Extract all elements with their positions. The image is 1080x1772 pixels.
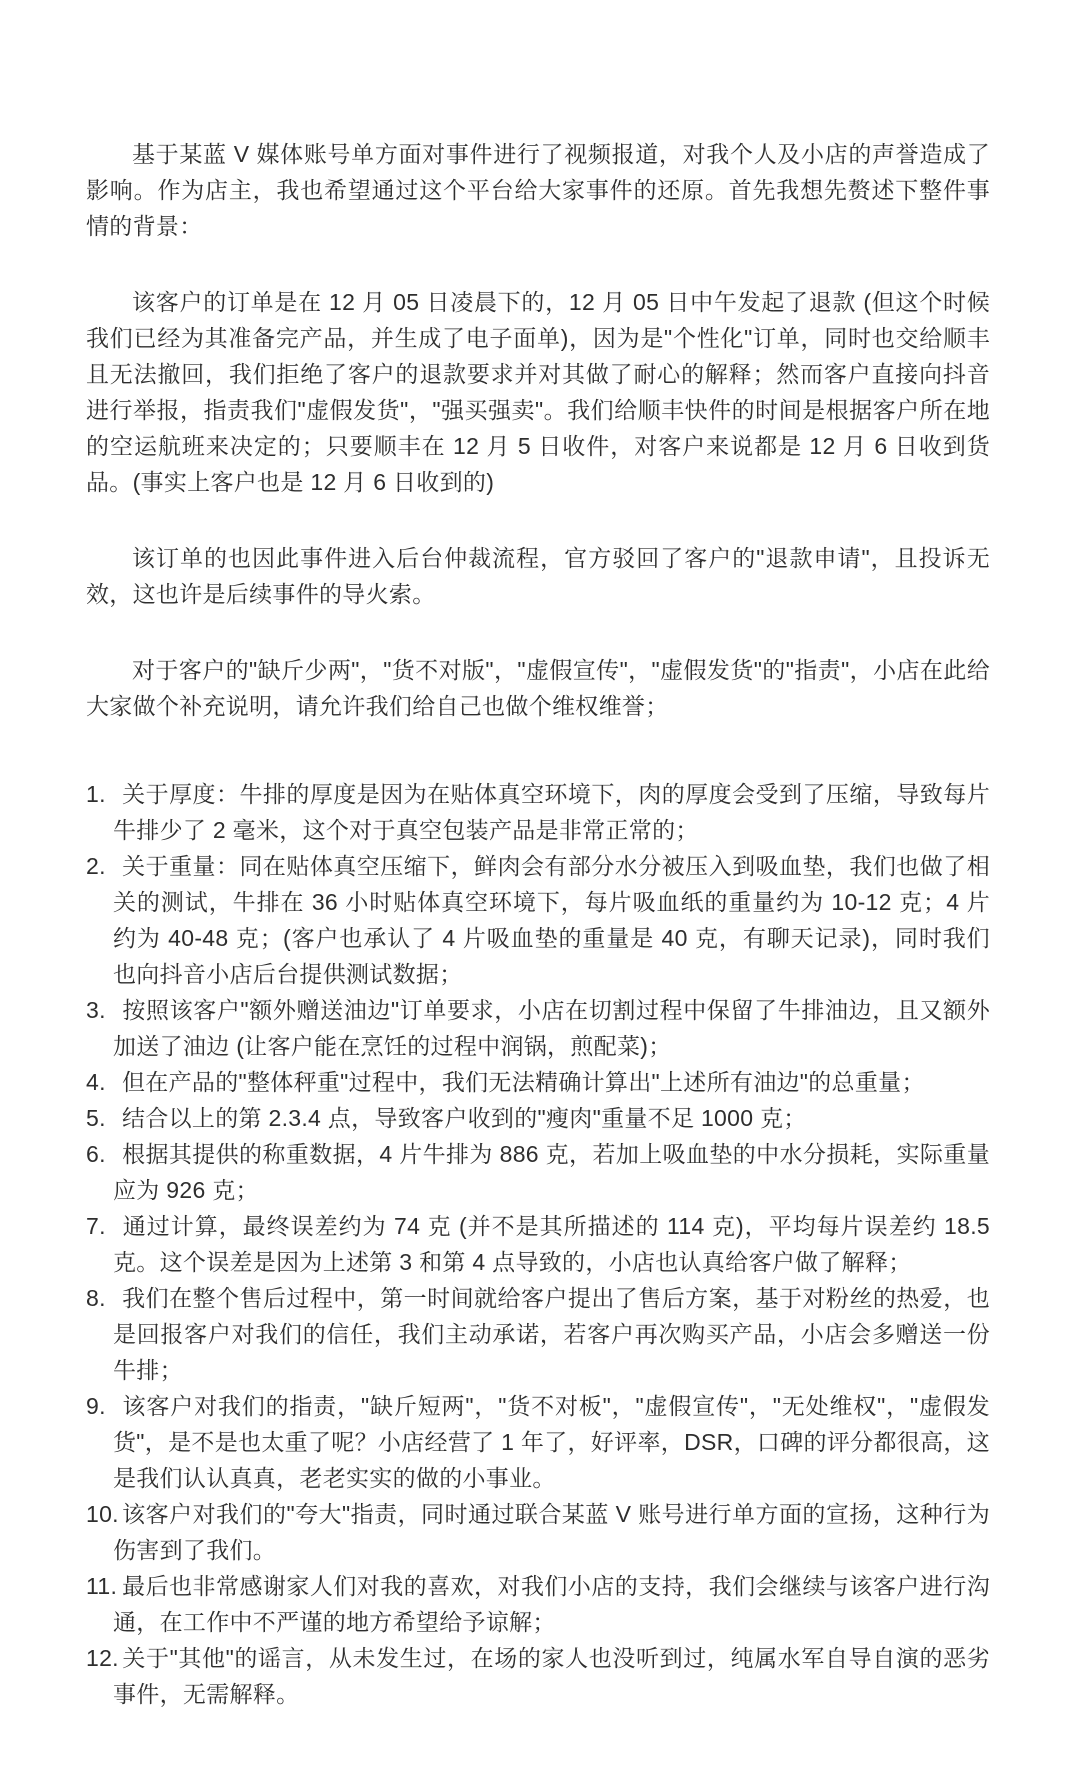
list-item: 1.关于厚度：牛排的厚度是因为在贴体真空环境下，肉的厚度会受到了压缩，导致每片牛… [86,776,990,848]
list-item-text: 按照该客户"额外赠送油边"订单要求，小店在切割过程中保留了牛排油边，且又额外加送… [113,997,990,1059]
list-item-text: 通过计算，最终误差约为 74 克 (并不是其所描述的 114 克)，平均每片误差… [113,1213,990,1275]
list-item-text: 关于重量：同在贴体真空压缩下，鲜肉会有部分水分被压入到吸血垫，我们也做了相关的测… [113,853,990,987]
list-item: 8.我们在整个售后过程中，第一时间就给客户提出了售后方案，基于对粉丝的热爱，也是… [86,1280,990,1388]
list-item-text: 结合以上的第 2.3.4 点，导致客户收到的"瘦肉"重量不足 1000 克； [122,1105,807,1131]
list-item-number: 12. [86,1640,122,1676]
list-item-text: 关于厚度：牛排的厚度是因为在贴体真空环境下，肉的厚度会受到了压缩，导致每片牛排少… [113,781,990,843]
list-item: 9.该客户对我们的指责，"缺斤短两"，"货不对板"，"虚假宣传"，"无处维权"，… [86,1388,990,1496]
list-item: 2.关于重量：同在贴体真空压缩下，鲜肉会有部分水分被压入到吸血垫，我们也做了相关… [86,848,990,992]
list-item-text: 关于"其他"的谣言，从未发生过，在场的家人也没听到过，纯属水军自导自演的恶劣事件… [113,1645,990,1707]
list-item-number: 5. [86,1100,122,1136]
list-item-text: 我们在整个售后过程中，第一时间就给客户提出了售后方案，基于对粉丝的热爱，也是回报… [113,1285,990,1383]
list-item: 11.最后也非常感谢家人们对我的喜欢，对我们小店的支持，我们会继续与该客户进行沟… [86,1568,990,1640]
statement-document: 基于某蓝 V 媒体账号单方面对事件进行了视频报道，对我个人及小店的声誉造成了影响… [0,0,1080,1772]
list-item-number: 10. [86,1496,122,1532]
paragraph-arbitration: 该订单的也因此事件进入后台仲裁流程，官方驳回了客户的"退款申请"，且投诉无效，这… [86,540,990,612]
paragraph-intro: 基于某蓝 V 媒体账号单方面对事件进行了视频报道，对我个人及小店的声誉造成了影响… [86,136,990,244]
list-item: 3.按照该客户"额外赠送油边"订单要求，小店在切割过程中保留了牛排油边，且又额外… [86,992,990,1064]
list-item-number: 2. [86,848,122,884]
list-item: 5.结合以上的第 2.3.4 点，导致客户收到的"瘦肉"重量不足 1000 克； [86,1100,990,1136]
list-item: 6.根据其提供的称重数据，4 片牛排为 886 克，若加上吸血垫的中水分损耗，实… [86,1136,990,1208]
list-item-text: 但在产品的"整体秤重"过程中，我们无法精确计算出"上述所有油边"的总重量； [122,1069,925,1095]
list-item-number: 6. [86,1136,122,1172]
list-item: 4.但在产品的"整体秤重"过程中，我们无法精确计算出"上述所有油边"的总重量； [86,1064,990,1100]
paragraph-accusations-intro: 对于客户的"缺斤少两"，"货不对版"，"虚假宣传"，"虚假发货"的"指责"，小店… [86,652,990,724]
list-item-text: 该客户对我们的"夸大"指责，同时通过联合某蓝 V 账号进行单方面的宣扬，这种行为… [113,1501,990,1563]
list-item-number: 8. [86,1280,122,1316]
list-item-text: 最后也非常感谢家人们对我的喜欢，对我们小店的支持，我们会继续与该客户进行沟通，在… [113,1573,990,1635]
list-item-number: 11. [86,1568,122,1604]
list-item-text: 根据其提供的称重数据，4 片牛排为 886 克，若加上吸血垫的中水分损耗，实际重… [113,1141,990,1203]
list-item: 12.关于"其他"的谣言，从未发生过，在场的家人也没听到过，纯属水军自导自演的恶… [86,1640,990,1712]
paragraph-order-background: 该客户的订单是在 12 月 05 日凌晨下的，12 月 05 日中午发起了退款 … [86,284,990,500]
list-item-number: 4. [86,1064,122,1100]
list-item-text: 该客户对我们的指责，"缺斤短两"，"货不对板"，"虚假宣传"，"无处维权"，"虚… [113,1393,990,1491]
list-item: 10.该客户对我们的"夸大"指责，同时通过联合某蓝 V 账号进行单方面的宣扬，这… [86,1496,990,1568]
list-item-number: 1. [86,776,122,812]
explanation-list: 1.关于厚度：牛排的厚度是因为在贴体真空环境下，肉的厚度会受到了压缩，导致每片牛… [86,776,990,1712]
list-item-number: 3. [86,992,122,1028]
list-item-number: 9. [86,1388,122,1424]
list-item-number: 7. [86,1208,122,1244]
list-item: 7.通过计算，最终误差约为 74 克 (并不是其所描述的 114 克)，平均每片… [86,1208,990,1280]
